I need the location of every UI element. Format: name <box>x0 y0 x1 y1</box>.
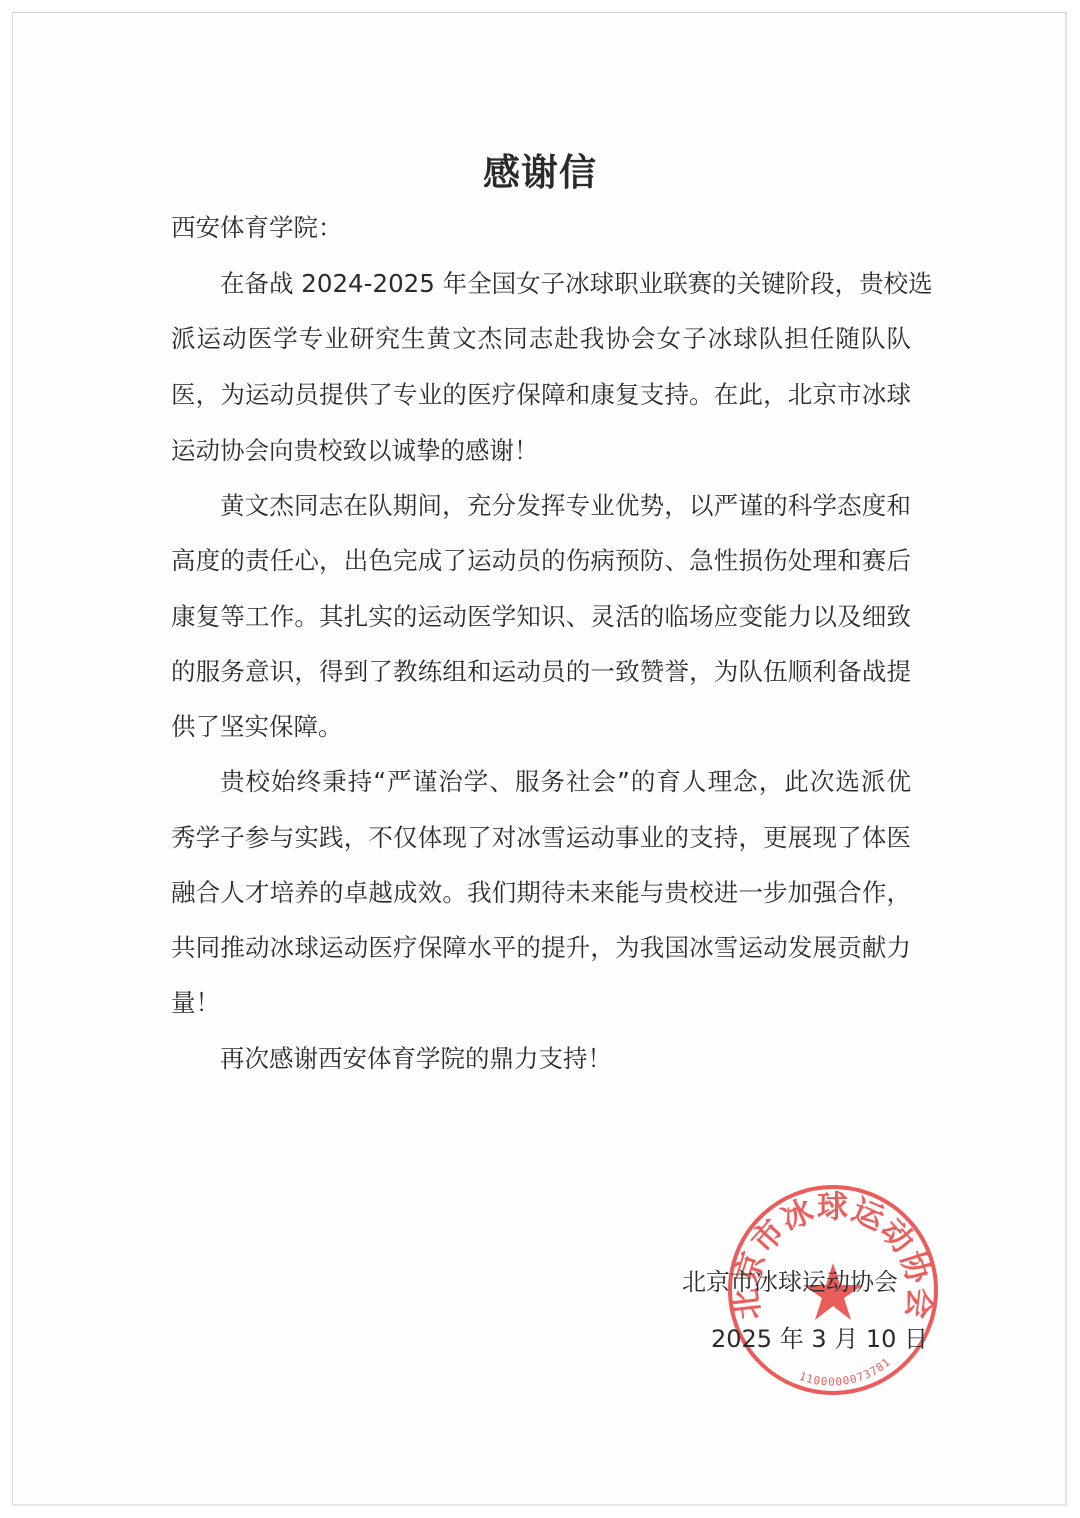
paragraph-4-line-1: 再次感谢西安体育学院的鼎力支持！ <box>220 1043 911 1075</box>
paragraph-1-line-1: 在备战 2024-2025 年全国女子冰球职业联赛的关键阶段，贵校选 <box>220 268 911 300</box>
paragraph-3-line-2: 秀学子参与实践，不仅体现了对冰雪运动事业的支持，更展现了体医 <box>171 822 911 854</box>
paragraph-3-line-4: 共同推动冰球运动医疗保障水平的提升，为我国冰雪运动发展贡献力 <box>171 932 911 964</box>
paragraph-1-line-4: 运动协会向贵校致以诚挚的感谢！ <box>171 435 911 467</box>
paragraph-2-line-2: 高度的责任心，出色完成了运动员的伤病预防、急性损伤处理和赛后 <box>171 545 911 577</box>
paragraph-1-line-2: 派运动医学专业研究生黄文杰同志赴我协会女子冰球队担任随队队 <box>171 323 911 355</box>
letter-title: 感谢信 <box>0 150 1080 196</box>
paragraph-3-line-3: 融合人才培养的卓越成效。我们期待未来能与贵校进一步加强合作， <box>171 877 911 909</box>
paragraph-2-line-5: 供了坚实保障。 <box>171 711 911 743</box>
paragraph-2-line-3: 康复等工作。其扎实的运动医学知识、灵活的临场应变能力以及细致 <box>171 601 911 633</box>
paragraph-3-line-5: 量！ <box>171 987 911 1019</box>
salutation: 西安体育学院： <box>171 212 343 244</box>
signature-organization: 北京市冰球运动协会 <box>682 1266 898 1298</box>
paragraph-3-line-1: 贵校始终秉持“严谨治学、服务社会”的育人理念，此次选派优 <box>220 766 911 798</box>
paragraph-2-line-1: 黄文杰同志在队期间，充分发挥专业优势，以严谨的科学态度和 <box>220 490 911 522</box>
signature-date: 2025 年 3 月 10 日 <box>711 1323 928 1355</box>
paragraph-2-line-4: 的服务意识，得到了教练组和运动员的一致赞誉，为队伍顺利备战提 <box>171 656 911 688</box>
paragraph-1-line-3: 医，为运动员提供了专业的医疗保障和康复支持。在此，北京市冰球 <box>171 379 911 411</box>
